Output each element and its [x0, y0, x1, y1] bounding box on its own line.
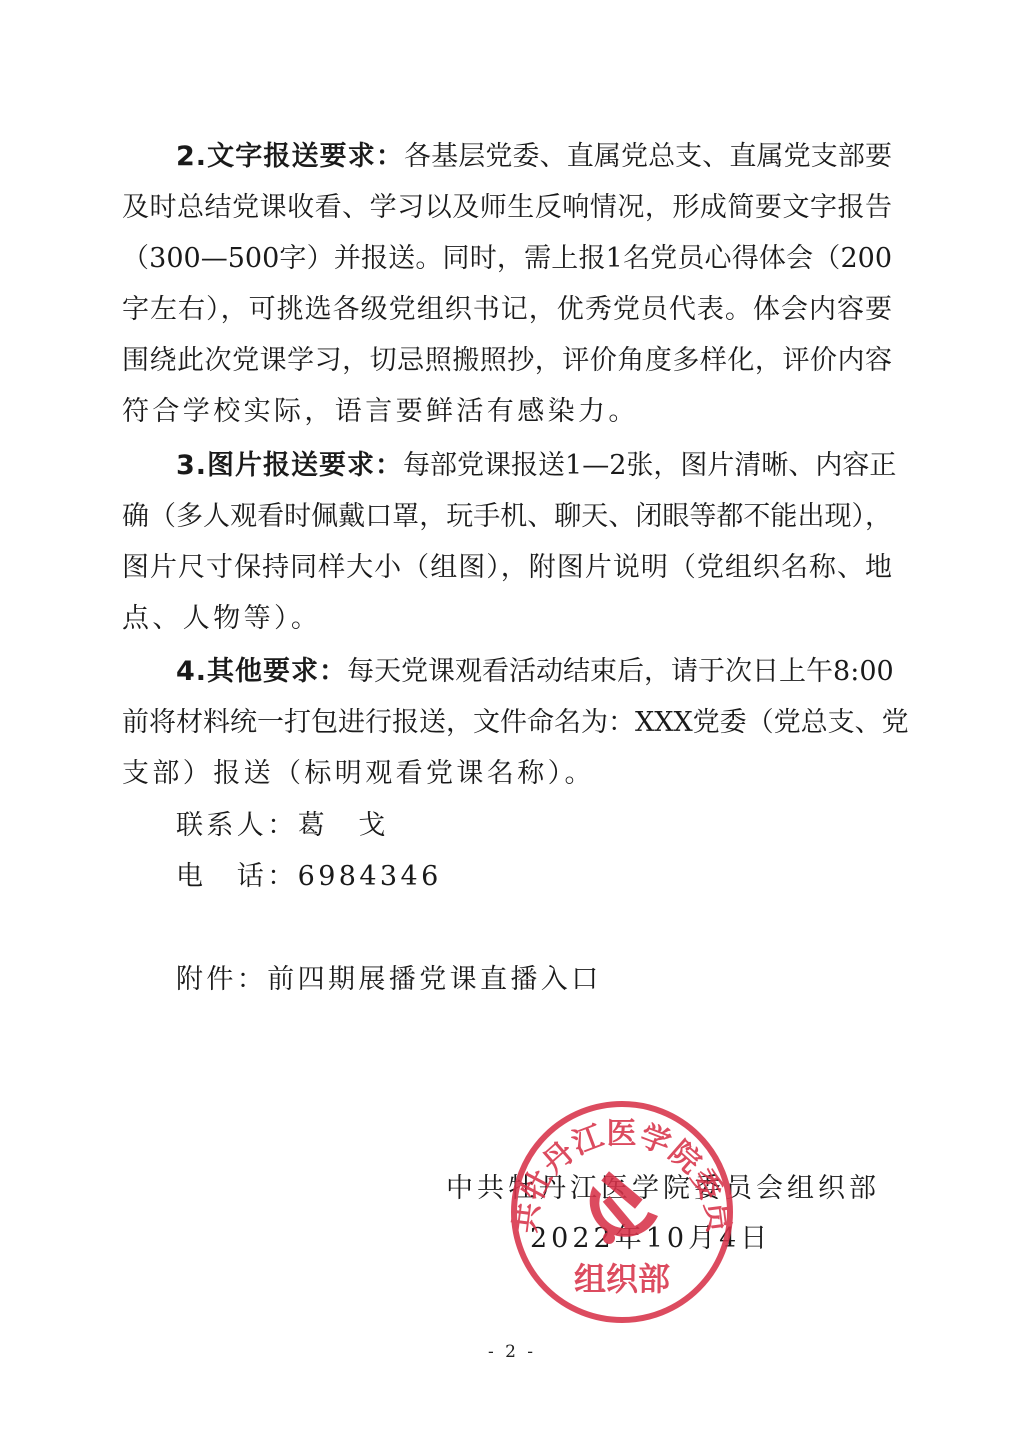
attachment-label: 附件：: [176, 964, 267, 995]
section-4-heading: 4.其他要求：: [176, 656, 347, 687]
paragraph-2-line-3: （300—500字）并报送。同时，需上报1名党员心得体会（200: [122, 242, 892, 276]
section-2-heading: 2.文字报送要求：: [176, 141, 404, 172]
paragraph-4-line-2: 前将材料统一打包进行报送，文件命名为：XXX党委（党总支、党: [122, 706, 892, 740]
paragraph-2-line-5: 围绕此次党课学习，切忌照搬照抄，评价角度多样化，评价内容: [122, 344, 892, 378]
stamp-center-text: 组织部: [574, 1260, 670, 1298]
contact-phone: 电 话：6984346: [176, 860, 892, 894]
hammer-sickle-icon: [590, 1171, 658, 1244]
contact-phone-value: 6984346: [298, 861, 442, 892]
paragraph-2-line-4: 字左右），可挑选各级党组织书记，优秀党员代表。体会内容要: [122, 293, 892, 327]
contact-person: 联系人：葛 戈: [176, 809, 892, 843]
paragraph-4-line-3: 支部）报送（标明观看党课名称）。: [122, 757, 892, 791]
attachment-value: 前四期展播党课直播入口: [267, 964, 601, 995]
document-page: 2.文字报送要求：各基层党委、直属党总支、直属党支部要 及时总结党课收看、学习以…: [0, 0, 1024, 1448]
section-3-heading: 3.图片报送要求：: [176, 450, 403, 481]
page-number: - 2 -: [0, 1342, 1024, 1362]
paragraph-2-line-1: 2.文字报送要求：各基层党委、直属党总支、直属党支部要: [176, 140, 892, 174]
paragraph-2-line-6: 符合学校实际，语言要鲜活有感染力。: [122, 395, 892, 429]
contact-phone-label: 电 话：: [176, 861, 298, 892]
official-seal-icon: 中共牡丹江医学院委员会 组织部: [508, 1098, 736, 1326]
paragraph-3-line-4: 点、人物等）。: [122, 602, 892, 636]
paragraph-3-line-1: 3.图片报送要求：每部党课报送1—2张，图片清晰、内容正: [176, 449, 892, 483]
contact-person-name: 葛 戈: [298, 810, 389, 841]
paragraph-2-line-2: 及时总结党课收看、学习以及师生反响情况，形成简要文字报告: [122, 191, 892, 225]
paragraph-3-line-2: 确（多人观看时佩戴口罩，玩手机、聊天、闭眼等都不能出现），: [122, 500, 892, 534]
contact-person-label: 联系人：: [176, 810, 298, 841]
paragraph-4-line-1: 4.其他要求：每天党课观看活动结束后，请于次日上午8:00: [176, 655, 892, 689]
attachment-line: 附件：前四期展播党课直播入口: [176, 963, 892, 997]
paragraph-3-line-3: 图片尺寸保持同样大小（组图），附图片说明（党组织名称、地: [122, 551, 892, 585]
